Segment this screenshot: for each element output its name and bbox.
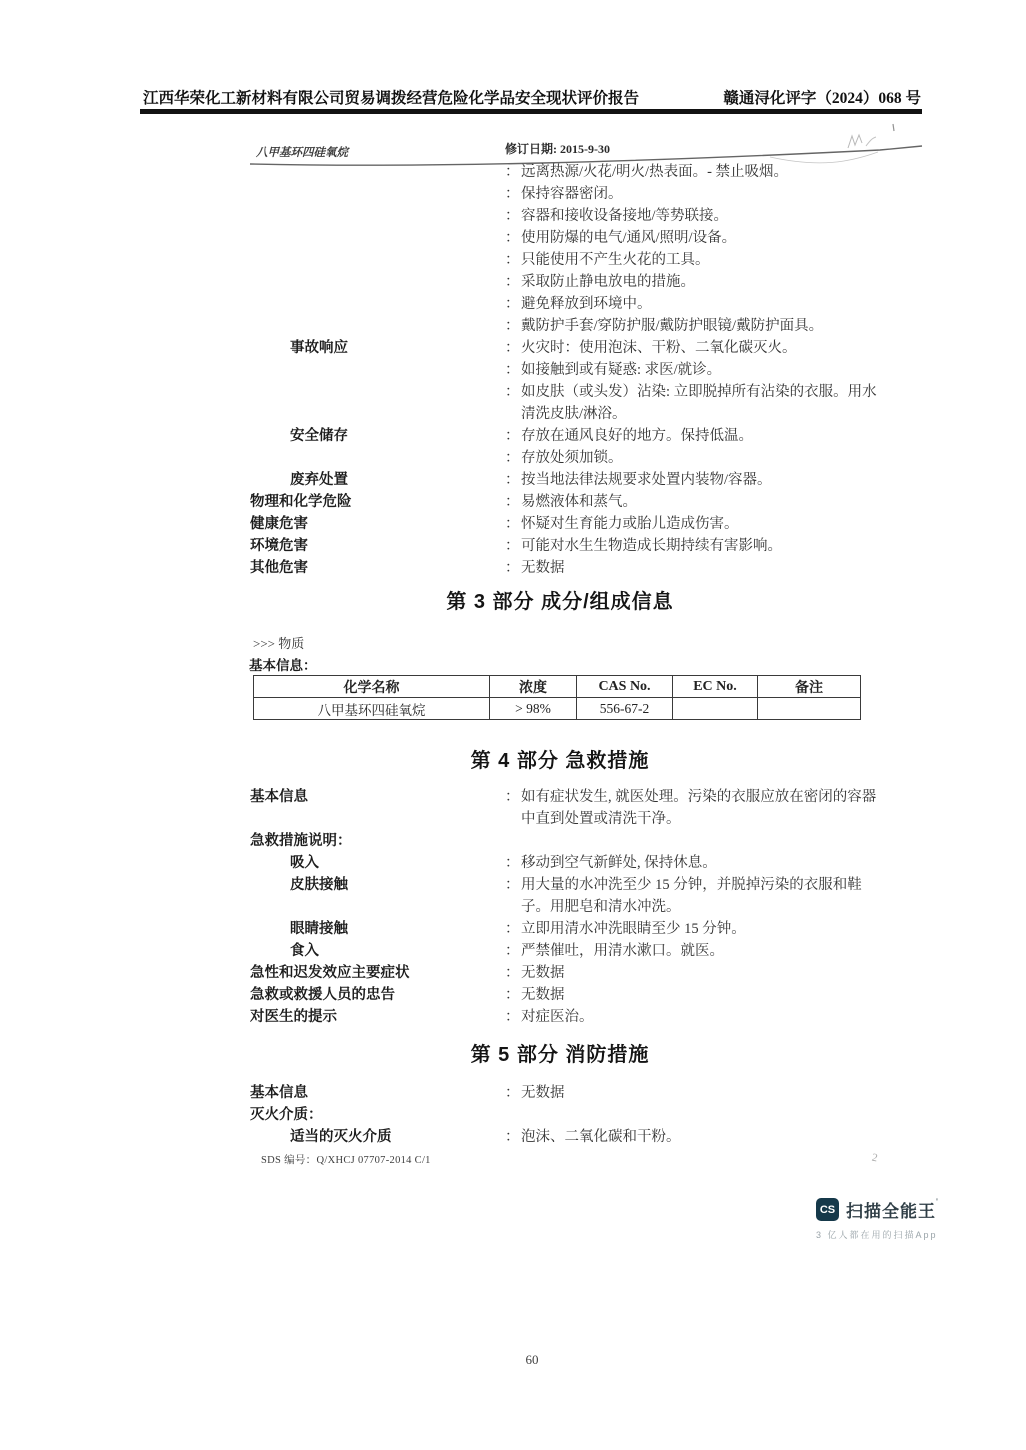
table-header-cell: EC No.	[673, 676, 758, 698]
field-value: ：按当地法律法规要求处置内装物/容器。	[505, 469, 910, 491]
kv-row: 急救措施说明：	[250, 830, 910, 852]
field-text: 使用防爆的电气/通风/照明/设备。	[521, 227, 736, 249]
section4-heading: 第 4 部分 急救措施	[250, 744, 870, 773]
field-text: 容器和接收设备接地/等势联接。	[521, 205, 728, 227]
report-title: 江西华荣化工新材料有限公司贸易调拨经营危险化学品安全现状评价报告	[143, 86, 639, 108]
field-value: ：采取防止静电放电的措施。	[505, 271, 910, 293]
kv-row: 对医生的提示：对症医治。	[250, 1006, 910, 1028]
field-text: 存放在通风良好的地方。保持低温。	[521, 425, 753, 447]
field-text: 易燃液体和蒸气。	[521, 491, 637, 513]
kv-row: ：存放处须加锁。	[250, 447, 910, 469]
field-value: ：存放在通风良好的地方。保持低温。	[505, 425, 910, 447]
field-value: ：移动到空气新鲜处, 保持休息。	[505, 852, 910, 874]
kv-row: 食入：严禁催吐，用清水漱口。就医。	[250, 940, 910, 962]
field-label: 基本信息	[250, 786, 505, 830]
field-value: ：如皮肤（或头发）沾染: 立即脱掉所有沾染的衣服。用水 清洗皮肤/淋浴。	[505, 381, 910, 425]
faint-footer-mark: 2	[871, 1152, 879, 1165]
field-label	[250, 249, 505, 271]
colon-separator: ：	[505, 381, 521, 425]
colon-separator: ：	[505, 984, 521, 1006]
colon-separator: ：	[505, 447, 521, 469]
kv-row: ：远离热源/火花/明火/热表面。- 禁止吸烟。	[250, 161, 910, 183]
field-label	[250, 205, 505, 227]
field-text: 移动到空气新鲜处, 保持休息。	[521, 852, 717, 874]
colon-separator: ：	[505, 359, 521, 381]
field-text: 用大量的水冲洗至少 15 分钟，并脱掉污染的衣服和鞋 子。用肥皂和清水冲洗。	[521, 874, 862, 918]
field-label	[250, 381, 505, 425]
camscanner-logo-icon: CS	[816, 1198, 839, 1221]
field-value: ：只能使用不产生火花的工具。	[505, 249, 910, 271]
sds-substance-title: 八甲基环四硅氧烷	[256, 144, 348, 160]
kv-row: ：容器和接收设备接地/等势联接。	[250, 205, 910, 227]
field-label: 适当的灭火介质	[250, 1126, 505, 1148]
report-doc-number: 赣通浔化评字（2024）068 号	[723, 86, 921, 108]
kv-row: 事故响应：火灾时：使用泡沫、干粉、二氧化碳灭火。	[250, 337, 910, 359]
colon-separator: ：	[505, 469, 521, 491]
colon-separator: ：	[505, 491, 521, 513]
field-value: ：存放处须加锁。	[505, 447, 910, 469]
field-text: 无数据	[521, 962, 565, 984]
colon-separator: ：	[505, 1006, 521, 1028]
field-text: 只能使用不产生火花的工具。	[521, 249, 710, 271]
section5-heading: 第 5 部分 消防措施	[250, 1038, 870, 1067]
camscanner-brand-name: 扫描全能王ʹ	[846, 1197, 939, 1222]
field-text: 严禁催吐，用清水漱口。就医。	[521, 940, 724, 962]
field-label	[250, 447, 505, 469]
composition-table: 化学名称浓度CAS No.EC No.备注八甲基环四硅氧烷> 98%556-67…	[253, 675, 861, 720]
field-label: 安全储存	[250, 425, 505, 447]
kv-row: ：采取防止静电放电的措施。	[250, 271, 910, 293]
report-header: 江西华荣化工新材料有限公司贸易调拨经营危险化学品安全现状评价报告 赣通浔化评字（…	[143, 86, 921, 108]
field-text: 无数据	[521, 1082, 565, 1104]
kv-row: 眼睛接触：立即用清水冲洗眼睛至少 15 分钟。	[250, 918, 910, 940]
colon-separator: ：	[505, 918, 521, 940]
field-value: ：对症医治。	[505, 1006, 910, 1028]
kv-row: 急救或救援人员的忠告：无数据	[250, 984, 910, 1006]
field-value: ：容器和接收设备接地/等势联接。	[505, 205, 910, 227]
field-value: ：立即用清水冲洗眼睛至少 15 分钟。	[505, 918, 910, 940]
kv-row: 适当的灭火介质：泡沫、二氧化碳和干粉。	[250, 1126, 910, 1148]
field-text: 无数据	[521, 984, 565, 1006]
colon-separator: ：	[505, 271, 521, 293]
field-text: 对症医治。	[521, 1006, 594, 1028]
field-value: ：可能对水生生物造成长期持续有害影响。	[505, 535, 910, 557]
kv-row: 健康危害：怀疑对生育能力或胎儿造成伤害。	[250, 513, 910, 535]
table-cell: 八甲基环四硅氧烷	[254, 698, 490, 720]
field-text: 存放处须加锁。	[521, 447, 623, 469]
field-text: 远离热源/火花/明火/热表面。- 禁止吸烟。	[521, 161, 788, 183]
field-label	[250, 227, 505, 249]
field-value: ：易燃液体和蒸气。	[505, 491, 910, 513]
field-text: 可能对水生生物造成长期持续有害影响。	[521, 535, 782, 557]
field-text: 避免释放到环境中。	[521, 293, 652, 315]
table-header-cell: 备注	[758, 676, 861, 698]
kv-row: 基本信息：无数据	[250, 1082, 910, 1104]
sds-revision-date: 修订日期: 2015-9-30	[505, 140, 610, 157]
colon-separator: ：	[505, 183, 521, 205]
field-text: 泡沫、二氧化碳和干粉。	[521, 1126, 681, 1148]
field-text: 按当地法律法规要求处置内装物/容器。	[521, 469, 772, 491]
field-value: ：无数据	[505, 984, 910, 1006]
camscanner-tagline: 3 亿人都在用的扫描App	[816, 1228, 986, 1241]
field-label: 基本信息	[250, 1082, 505, 1104]
field-text: 如皮肤（或头发）沾染: 立即脱掉所有沾染的衣服。用水 清洗皮肤/淋浴。	[521, 381, 877, 425]
field-value: ：用大量的水冲洗至少 15 分钟，并脱掉污染的衣服和鞋 子。用肥皂和清水冲洗。	[505, 874, 910, 918]
table-cell	[758, 698, 861, 720]
colon-separator: ：	[505, 535, 521, 557]
field-value: ：保持容器密闭。	[505, 183, 910, 205]
colon-separator: ：	[505, 425, 521, 447]
field-value: ：使用防爆的电气/通风/照明/设备。	[505, 227, 910, 249]
field-label: 急救措施说明：	[250, 830, 505, 852]
colon-separator: ：	[505, 786, 521, 830]
field-label	[250, 293, 505, 315]
field-label	[250, 161, 505, 183]
field-label: 急性和迟发效应主要症状	[250, 962, 505, 984]
table-row: 八甲基环四硅氧烷> 98%556-67-2	[254, 698, 861, 720]
field-text: 立即用清水冲洗眼睛至少 15 分钟。	[521, 918, 746, 940]
table-cell: 556-67-2	[577, 698, 673, 720]
colon-separator: ：	[505, 940, 521, 962]
camscanner-watermark: CS 扫描全能王ʹ 3 亿人都在用的扫描App	[816, 1197, 986, 1241]
page-number: 60	[502, 1352, 562, 1368]
field-label: 健康危害	[250, 513, 505, 535]
kv-row: ：如皮肤（或头发）沾染: 立即脱掉所有沾染的衣服。用水 清洗皮肤/淋浴。	[250, 381, 910, 425]
kv-row: ：如接触到或有疑惑: 求医/就诊。	[250, 359, 910, 381]
colon-separator: ：	[505, 315, 521, 337]
colon-separator: ：	[505, 1082, 521, 1104]
field-value	[505, 830, 910, 852]
kv-row: ：保持容器密闭。	[250, 183, 910, 205]
field-label	[250, 315, 505, 337]
kv-row: 灭火介质：	[250, 1104, 910, 1126]
field-text: 无数据	[521, 557, 565, 579]
kv-row: 物理和化学危险：易燃液体和蒸气。	[250, 491, 910, 513]
table-header-cell: 化学名称	[254, 676, 490, 698]
kv-row: 吸入：移动到空气新鲜处, 保持休息。	[250, 852, 910, 874]
field-label: 食入	[250, 940, 505, 962]
field-value: ：戴防护手套/穿防护服/戴防护眼镜/戴防护面具。	[505, 315, 910, 337]
field-value: ：怀疑对生育能力或胎儿造成伤害。	[505, 513, 910, 535]
field-label: 对医生的提示	[250, 1006, 505, 1028]
colon-separator: ：	[505, 205, 521, 227]
kv-row: 废弃处置：按当地法律法规要求处置内装物/容器。	[250, 469, 910, 491]
field-value: ：如接触到或有疑惑: 求医/就诊。	[505, 359, 910, 381]
colon-separator: ：	[505, 227, 521, 249]
kv-row: ：只能使用不产生火花的工具。	[250, 249, 910, 271]
kv-row: 皮肤接触：用大量的水冲洗至少 15 分钟，并脱掉污染的衣服和鞋 子。用肥皂和清水…	[250, 874, 910, 918]
field-label	[250, 271, 505, 293]
field-label: 物理和化学危险	[250, 491, 505, 513]
field-value: ：火灾时：使用泡沫、干粉、二氧化碳灭火。	[505, 337, 910, 359]
field-label	[250, 183, 505, 205]
kv-row: 安全储存：存放在通风良好的地方。保持低温。	[250, 425, 910, 447]
field-label: 其他危害	[250, 557, 505, 579]
field-value: ：泡沫、二氧化碳和干粉。	[505, 1126, 910, 1148]
kv-row: 其他危害：无数据	[250, 557, 910, 579]
field-text: 戴防护手套/穿防护服/戴防护眼镜/戴防护面具。	[521, 315, 823, 337]
colon-separator: ：	[505, 852, 521, 874]
field-text: 如有症状发生, 就医处理。污染的衣服应放在密闭的容器 中直到处置或清洗干净。	[521, 786, 876, 830]
kv-row: 急性和迟发效应主要症状：无数据	[250, 962, 910, 984]
field-value: ：无数据	[505, 1082, 910, 1104]
field-text: 火灾时：使用泡沫、干粉、二氧化碳灭火。	[521, 337, 797, 359]
kv-row: 环境危害：可能对水生生物造成长期持续有害影响。	[250, 535, 910, 557]
colon-separator: ：	[505, 161, 521, 183]
field-text: 如接触到或有疑惑: 求医/就诊。	[521, 359, 721, 381]
field-label: 废弃处置	[250, 469, 505, 491]
field-value: ：远离热源/火花/明火/热表面。- 禁止吸烟。	[505, 161, 910, 183]
table-cell: > 98%	[490, 698, 577, 720]
field-text: 怀疑对生育能力或胎儿造成伤害。	[521, 513, 739, 535]
table-cell	[673, 698, 758, 720]
kv-row: ：戴防护手套/穿防护服/戴防护眼镜/戴防护面具。	[250, 315, 910, 337]
table-header-cell: 浓度	[490, 676, 577, 698]
camscanner-brand-row: CS 扫描全能王ʹ	[816, 1197, 986, 1222]
table-header-cell: CAS No.	[577, 676, 673, 698]
header-rule	[140, 109, 922, 114]
section4-rows: 基本信息：如有症状发生, 就医处理。污染的衣服应放在密闭的容器 中直到处置或清洗…	[250, 786, 910, 1028]
kv-row: ：避免释放到环境中。	[250, 293, 910, 315]
field-value: ：严禁催吐，用清水漱口。就医。	[505, 940, 910, 962]
field-value: ：避免释放到环境中。	[505, 293, 910, 315]
field-label: 灭火介质：	[250, 1104, 505, 1126]
section5-rows: 基本信息：无数据灭火介质：适当的灭火介质：泡沫、二氧化碳和干粉。	[250, 1082, 910, 1148]
substance-marker: >>> 物质	[253, 633, 304, 652]
field-value: ：无数据	[505, 557, 910, 579]
field-label: 环境危害	[250, 535, 505, 557]
colon-separator: ：	[505, 557, 521, 579]
camscanner-trademark-tick: ʹ	[936, 1197, 939, 1206]
sds-document-number: SDS 编号：Q/XHCJ 07707-2014 C/1	[261, 1152, 431, 1167]
kv-row: 基本信息：如有症状发生, 就医处理。污染的衣服应放在密闭的容器 中直到处置或清洗…	[250, 786, 910, 830]
scanned-document-page: 江西华荣化工新材料有限公司贸易调拨经营危险化学品安全现状评价报告 赣通浔化评字（…	[0, 0, 1026, 1450]
colon-separator: ：	[505, 293, 521, 315]
field-label	[250, 359, 505, 381]
colon-separator: ：	[505, 249, 521, 271]
section3-heading: 第 3 部分 成分/组成信息	[250, 585, 870, 614]
colon-separator: ：	[505, 962, 521, 984]
field-value	[505, 1104, 910, 1126]
colon-separator: ：	[505, 874, 521, 918]
field-label: 眼睛接触	[250, 918, 505, 940]
kv-row: ：使用防爆的电气/通风/照明/设备。	[250, 227, 910, 249]
colon-separator: ：	[505, 513, 521, 535]
colon-separator: ：	[505, 1126, 521, 1148]
table-header-row: 化学名称浓度CAS No.EC No.备注	[254, 676, 861, 698]
field-value: ：无数据	[505, 962, 910, 984]
field-label: 皮肤接触	[250, 874, 505, 918]
field-value: ：如有症状发生, 就医处理。污染的衣服应放在密闭的容器 中直到处置或清洗干净。	[505, 786, 910, 830]
field-label: 吸入	[250, 852, 505, 874]
camscanner-brand-text: 扫描全能王	[846, 1202, 936, 1221]
field-label: 急救或救援人员的忠告	[250, 984, 505, 1006]
field-text: 保持容器密闭。	[521, 183, 623, 205]
colon-separator: ：	[505, 337, 521, 359]
basic-info-label: 基本信息：	[249, 654, 317, 674]
field-label: 事故响应	[250, 337, 505, 359]
field-text: 采取防止静电放电的措施。	[521, 271, 695, 293]
section2-rows: ：远离热源/火花/明火/热表面。- 禁止吸烟。：保持容器密闭。：容器和接收设备接…	[250, 161, 910, 579]
